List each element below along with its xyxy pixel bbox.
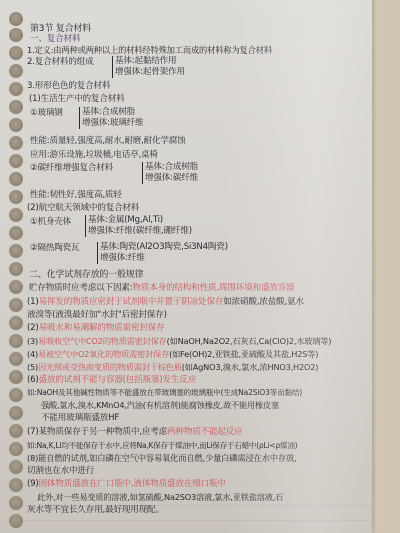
glass-fiber-matrix: 基体:合成树脂 (82, 107, 143, 118)
tile-label: ②隔热陶瓷瓦 (30, 243, 79, 254)
rule-number: (5) (27, 362, 38, 372)
glass-fiber-uses: 应用:游乐设施,垃圾桶,电话亭,桌椅 (30, 150, 158, 161)
rule-5: (5)因光照或受热而变质的物质需封于棕色瓶(如AgNO3,溴水,氯水,浓HNO3… (27, 362, 318, 373)
daily-title: (1)生活生产中的复合材料 (29, 94, 125, 105)
rule-text: (如AgNO3,溴水,氯水,浓HNO3,H2O2) (182, 362, 318, 372)
rule-7: (7)某物质保存于另一种物质中,应考虑两种物质不能起反应 (27, 427, 243, 438)
rule-text: 此外,对一些易变质的溶液,如氢硫酸,Na2SO3溶液,氯水,亚铁盐溶液,石 (37, 492, 283, 502)
tile-matrix: 基体:陶瓷(Al2O3陶瓷,Si3N4陶瓷) (100, 242, 228, 253)
rule-9: (9)固体物质盛放在广口瓶中,液体物质盛放在细口瓶中 (27, 479, 226, 490)
glass-fiber-brace: 基体:合成树脂 增强体:玻璃纤维 (79, 107, 143, 129)
fuselage-label: ①机身壳体 (30, 217, 71, 228)
rule-number: (2) (27, 323, 39, 333)
rule-highlight: 两种物质不能起反应 (167, 427, 243, 437)
rule-highlight: 易吸水和易潮解的物质需密封保存 (39, 323, 165, 333)
varied-title: 3.形形色色的复合材料 (27, 81, 110, 92)
rule-number: (4) (27, 349, 38, 359)
rule-6-example: 如:NaOH及其他碱性物质等不能盛放在带玻璃塞的玻璃瓶中(生成Na2SiO3等而… (27, 387, 302, 398)
rule-4: (4)易被空气中O2氧化的物质需密封保存(如Fe(OH)2,亚铁盐,亚硫酸及其盐… (27, 349, 318, 360)
rule-8: (8)能自燃的试剂,如白磷在空气中容易氧化而自燃,少量白磷需浸在水中存放, (27, 453, 296, 464)
glass-fiber-reinforcement: 增强体:玻璃纤维 (82, 118, 143, 129)
carbon-reinforcement: 增强体:碳纤维 (145, 173, 198, 184)
rule-highlight: 盛放的试剂不能与容器(包括瓶塞)发生反应 (39, 375, 196, 385)
fuselage-reinforcement: 增强体:纤维(碳纤维,硼纤维) (88, 226, 192, 237)
rule-text: 切割也在水中进行 (27, 466, 94, 476)
rule-number: (6) (27, 375, 39, 385)
rule-text: 液溴等(液溴最好加"水封"后密封保存) (27, 310, 167, 320)
rule-text: 某物质保存于另一种物质中,应考虑 (39, 427, 167, 437)
rule-text: 强酸,氯水,溴水,KMnO4,汽油(有机溶剂)能腐蚀橡皮,故不能用橡皮塞 (41, 400, 279, 410)
rule-number: (1) (27, 297, 39, 307)
rule-6: (6)盛放的试剂不能与容器(包括瓶塞)发生反应 (27, 375, 196, 386)
rule-1: (1)易挥发的物质应密封于试剂瓶中并置于阴凉处保存如浓硝酸,浓盐酸,氨水 (27, 297, 304, 308)
rule-2: (2)易吸水和易潮解的物质需密封保存 (27, 323, 165, 334)
composition-label: 2.复合材料的组成 (27, 57, 94, 68)
rule-8-cont: 切割也在水中进行 (27, 466, 94, 477)
glass-fiber-label: ①玻璃钢 (30, 108, 63, 119)
aero-title: (2)航空航天领域中的复合材料 (27, 203, 139, 214)
composition-reinforcement: 增强体:起骨架作用 (115, 67, 185, 78)
rule-6-example-3: 不能用玻璃瓶盛放HF (41, 413, 119, 424)
rule-text: 如浓硝酸,浓盐酸,氨水 (223, 297, 304, 307)
rule-highlight: 易被空气中O2氧化的物质需密封保存 (38, 349, 169, 359)
rule-number: (9) (27, 479, 39, 489)
notebook-page: 第3节 复合材料 一、复合材料 1.定义:由两种或两种以上的材料经特殊加工而成的… (0, 0, 372, 533)
carbon-brace: 基体:合成树脂 增强体:碳纤维 (142, 162, 198, 184)
part2-intro: 贮存物质时应考虑以下因素:物质本身的结构和性质,周围环境和盛放容器 (29, 283, 294, 294)
addendum: 此外,对一些易变质的溶液,如氢硫酸,Na2SO3溶液,氯水,亚铁盐溶液,石 (37, 492, 283, 503)
rule-text: 如:Na,K,Li均不能保存于水中,应将Na,K保存于煤油中,而Li保存于石蜡中… (27, 441, 297, 450)
rule-text: 不能用玻璃瓶盛放HF (41, 413, 119, 423)
composition-matrix: 基体:起黏结作用 (115, 56, 185, 67)
rule-6-example-2: 强酸,氯水,溴水,KMnO4,汽油(有机溶剂)能腐蚀橡皮,故不能用橡皮塞 (41, 400, 279, 411)
rule-highlight: 因光照或受热而变质的物质需封于棕色瓶 (38, 362, 182, 372)
carbon-props: 性能:韧性好,强度高,质轻 (30, 190, 122, 201)
glass-fiber-props: 性能:质量轻,强度高,耐水,耐磨,耐化学腐蚀 (30, 136, 186, 147)
carbon-matrix: 基体:合成树脂 (145, 162, 198, 173)
intro-highlight: 物质本身的结构和性质,周围环境和盛放容器 (132, 283, 294, 293)
rule-number: (8) (27, 453, 38, 463)
intro-text: 贮存物质时应考虑以下因素: (29, 283, 132, 293)
tile-reinforcement: 增强体:纤维 (100, 253, 228, 264)
rule-text: 如:NaOH及其他碱性物质等不能盛放在带玻璃塞的玻璃瓶中(生成Na2SiO3等而… (27, 388, 302, 397)
fuselage-matrix: 基体:金属(Mg,Al,Ti) (88, 215, 192, 226)
definition: 1.定义:由两种或两种以上的材料经特殊加工而成的材料称为复合材料 (27, 45, 272, 56)
rule-text: (如Fe(OH)2,亚铁盐,亚硫酸及其盐,H2S等) (169, 349, 318, 359)
rule-1-cont: 液溴等(液溴最好加"水封"后密封保存) (27, 310, 167, 321)
part1-heading: 一、复合材料 (30, 34, 80, 45)
rule-highlight: 固体物质盛放在广口瓶中,液体物质盛放在细口瓶中 (39, 479, 226, 489)
rule-text: 灰水等不宜长久存用,最好现用现配。 (27, 505, 164, 515)
rule-highlight: 易挥发的物质应密封于试剂瓶中并置于阴凉处保存 (39, 297, 224, 307)
rule-7-example: 如:Na,K,Li均不能保存于水中,应将Na,K保存于煤油中,而Li保存于石蜡中… (27, 440, 297, 451)
rule-3: (3)易吸收空气中CO2的物质需密封保存(如NaOH,Na2O2,石灰石,Ca(… (27, 336, 331, 347)
composition-brace: 基体:起黏结作用 增强体:起骨架作用 (112, 56, 185, 78)
fuselage-brace: 基体:金属(Mg,Al,Ti) 增强体:纤维(碳纤维,硼纤维) (85, 215, 192, 237)
rule-text: 能自燃的试剂,如白磷在空气中容易氧化而自燃,少量白磷需浸在水中存放, (38, 453, 296, 463)
rule-text: (如NaOH,Na2O2,石灰石,Ca(ClO)2,水玻璃等) (167, 336, 332, 346)
carbon-label: ②碳纤维增强复合材料 (30, 163, 113, 174)
addendum-cont: 灰水等不宜长久存用,最好现用现配。 (27, 505, 164, 516)
rule-line (20, 520, 372, 521)
tile-brace: 基体:陶瓷(Al2O3陶瓷,Si3N4陶瓷) 增强体:纤维 (97, 242, 228, 264)
rule-number: (7) (27, 427, 39, 437)
rule-highlight: 易吸收空气中CO2的物质需密封保存 (38, 336, 167, 346)
rule-number: (3) (27, 336, 38, 346)
part2-heading: 二、化学试剂存放的一般规律 (29, 270, 143, 281)
